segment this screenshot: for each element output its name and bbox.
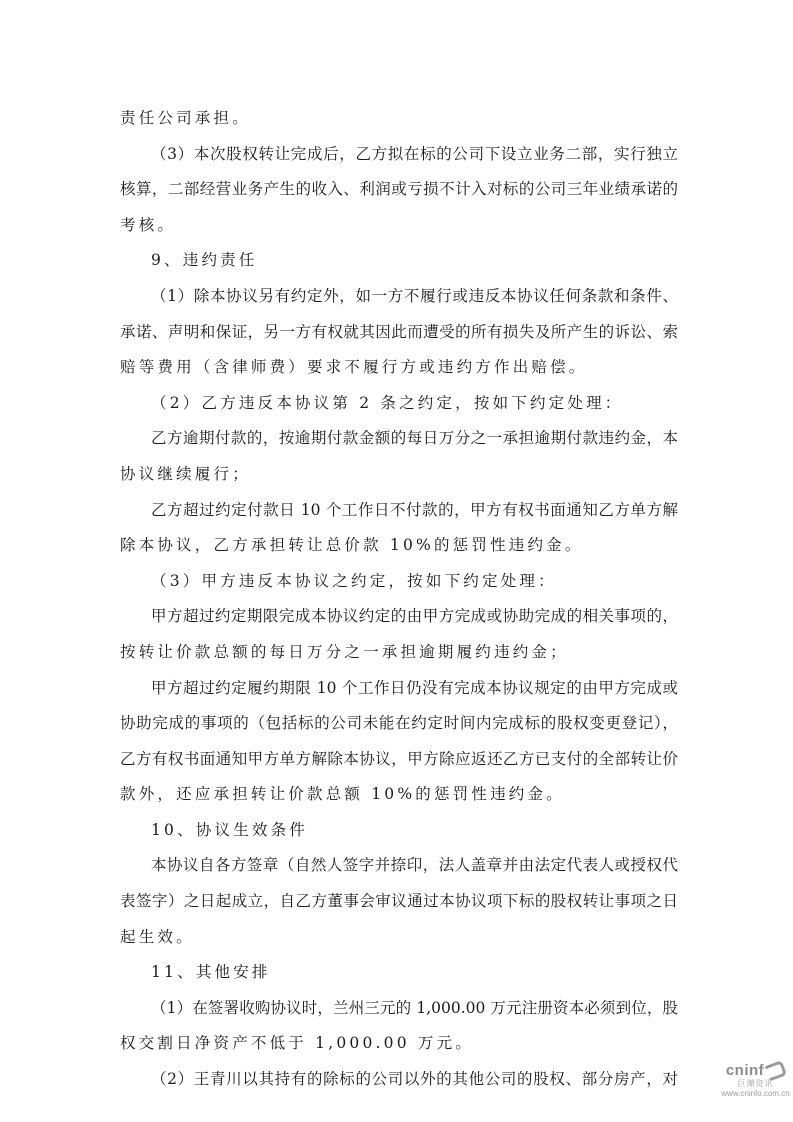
text-line: 乙方逾期付款的，按逾期付款金额的每日万分之一承担逾期付款违约金，本 (120, 421, 678, 457)
text-line: （3）本次股权转让完成后，乙方拟在标的公司下设立业务二部，实行独立 (120, 137, 678, 173)
text-line: 按转让价款总额的每日万分之一承担逾期履约违约金； (120, 635, 678, 671)
section-heading: 10、协议生效条件 (120, 813, 678, 849)
text-line: 除本协议，乙方承担转让总价款 10%的惩罚性违约金。 (120, 528, 678, 564)
text-line: （1）在签署收购协议时，兰州三元的 1,000.00 万元注册资本必须到位，股 (120, 991, 678, 1027)
cninfo-swirl-icon (763, 1060, 787, 1082)
text-line: 协议继续履行； (120, 457, 678, 493)
text-line: 承诺、声明和保证，另一方有权就其因此而遭受的所有损失及所产生的诉讼、索 (120, 315, 678, 351)
text-line: 赔等费用（含律师费）要求不履行方或违约方作出赔偿。 (120, 350, 678, 386)
text-line: 协助完成的事项的（包括标的公司未能在约定时间内完成标的股权变更登记）， (120, 706, 678, 742)
text-line: 乙方超过约定付款日 10 个工作日不付款的，甲方有权书面通知乙方单方解 (120, 493, 678, 529)
brand-url: www.cninfo.com.cn (718, 1089, 793, 1098)
section-heading: 9、违约责任 (120, 243, 678, 279)
text-line: 考核。 (120, 208, 678, 244)
text-line: （2）王青川以其持有的除标的公司以外的其他公司的股权、部分房产，对 (120, 1062, 678, 1098)
text-line: 本协议自各方签章（自然人签字并捺印，法人盖章并由法定代表人或授权代 (120, 848, 678, 884)
text-line: 表签字）之日起成立，自乙方董事会审议通过本协议项下标的股权转让事项之日 (120, 884, 678, 920)
brand-text: cninf (726, 1062, 764, 1079)
text-line: 责任公司承担。 (120, 101, 678, 137)
section-heading: 11、其他安排 (120, 955, 678, 991)
document-body: 责任公司承担。 （3）本次股权转让完成后，乙方拟在标的公司下设立业务二部，实行独… (120, 101, 678, 1098)
cninfo-watermark: cninf 巨潮资讯 www.cninfo.com.cn (718, 1062, 793, 1098)
text-line: 甲方超过约定期限完成本协议约定的由甲方完成或协助完成的相关事项的， (120, 599, 678, 635)
text-line: 乙方有权书面通知甲方单方解除本协议，甲方除应返还乙方已支付的全部转让价 (120, 742, 678, 778)
text-line: 甲方超过约定履约期限 10 个工作日仍没有完成本协议规定的由甲方完成或 (120, 671, 678, 707)
text-line: 权交割日净资产不低于 1,000.00 万元。 (120, 1026, 678, 1062)
text-line: （3）甲方违反本协议之约定，按如下约定处理： (120, 564, 678, 600)
text-line: （1）除本协议另有约定外，如一方不履行或违反本协议任何条款和条件、 (120, 279, 678, 315)
text-line: 核算，二部经营业务产生的收入、利润或亏损不计入对标的公司三年业绩承诺的 (120, 172, 678, 208)
text-line: 款外，还应承担转让价款总额 10%的惩罚性违约金。 (120, 777, 678, 813)
text-line: 起生效。 (120, 920, 678, 956)
text-line: （2）乙方违反本协议第 2 条之约定，按如下约定处理： (120, 386, 678, 422)
